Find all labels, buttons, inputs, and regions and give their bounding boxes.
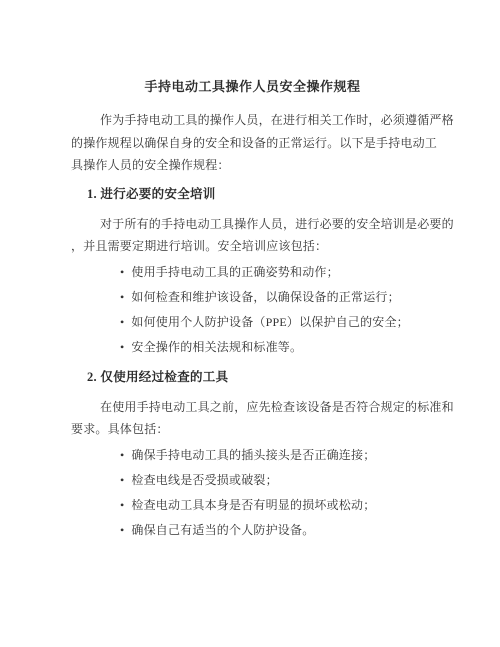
- bullet-icon: •: [120, 285, 124, 310]
- section: 1. 进行必要的安全培训对于所有的手持电动工具操作人员，进行必要的安全培训是必要…: [71, 187, 434, 360]
- bullet-item: •如何使用个人防护设备（PPE）以保护自己的安全；: [120, 310, 434, 335]
- paragraph-line: ，并且需要定期进行培训。安全培训应该包括：: [71, 235, 434, 258]
- bullet-text: 确保手持电动工具的插头接头是否正确连接；: [131, 443, 375, 468]
- section-heading: 1. 进行必要的安全培训: [87, 187, 434, 202]
- bullet-text: 如何检查和维护该设备，以确保设备的正常运行；: [131, 285, 399, 310]
- bullet-item: •检查电线是否受损或破裂；: [120, 468, 434, 493]
- bullet-text: 安全操作的相关法规和标准等。: [131, 335, 302, 360]
- bullet-item: •确保手持电动工具的插头接头是否正确连接；: [120, 443, 434, 468]
- bullet-text: 确保自己有适当的个人防护设备。: [131, 518, 314, 543]
- bullet-icon: •: [120, 468, 124, 493]
- bullet-icon: •: [120, 493, 124, 518]
- bullet-icon: •: [120, 443, 124, 468]
- section-paragraph: 在使用手持电动工具之前，应先检查该设备是否符合规定的标准和要求。具体包括：: [71, 396, 434, 441]
- bullet-item: •使用手持电动工具的正确姿势和动作；: [120, 260, 434, 285]
- section-paragraph: 对于所有的手持电动工具操作人员，进行必要的安全培训是必要的，并且需要定期进行培训…: [71, 213, 434, 258]
- bullet-item: •检查电动工具本身是否有明显的损坏或松动；: [120, 493, 434, 518]
- paragraph-line: 作为手持电动工具的操作人员，在进行相关工作时，必须遵循严格: [71, 109, 434, 132]
- bullet-icon: •: [120, 260, 124, 285]
- intro-paragraph: 作为手持电动工具的操作人员，在进行相关工作时，必须遵循严格的操作规程以确保自身的…: [71, 109, 434, 177]
- bullet-text: 如何使用个人防护设备（PPE）以保护自己的安全；: [131, 310, 408, 335]
- paragraph-line: 对于所有的手持电动工具操作人员，进行必要的安全培训是必要的: [71, 213, 434, 236]
- bullet-icon: •: [120, 335, 124, 360]
- bullet-list: •使用手持电动工具的正确姿势和动作；•如何检查和维护该设备，以确保设备的正常运行…: [71, 260, 434, 360]
- bullet-icon: •: [120, 518, 124, 543]
- bullet-item: •如何检查和维护该设备，以确保设备的正常运行；: [120, 285, 434, 310]
- paragraph-line: 在使用手持电动工具之前，应先检查该设备是否符合规定的标准和: [71, 396, 434, 419]
- bullet-text: 检查电动工具本身是否有明显的损坏或松动；: [131, 493, 375, 518]
- paragraph-line: 的操作规程以确保自身的安全和设备的正常运行。以下是手持电动工: [71, 132, 434, 155]
- section-heading: 2. 仅使用经过检查的工具: [87, 370, 434, 385]
- section: 2. 仅使用经过检查的工具在使用手持电动工具之前，应先检查该设备是否符合规定的标…: [71, 370, 434, 543]
- sections-container: 1. 进行必要的安全培训对于所有的手持电动工具操作人员，进行必要的安全培训是必要…: [71, 187, 434, 543]
- paragraph-line: 具操作人员的安全操作规程：: [71, 154, 434, 177]
- bullet-item: •安全操作的相关法规和标准等。: [120, 335, 434, 360]
- bullet-text: 使用手持电动工具的正确姿势和动作；: [131, 260, 338, 285]
- bullet-list: •确保手持电动工具的插头接头是否正确连接；•检查电线是否受损或破裂；•检查电动工…: [71, 443, 434, 543]
- bullet-icon: •: [120, 310, 124, 335]
- bullet-item: •确保自己有适当的个人防护设备。: [120, 518, 434, 543]
- bullet-text: 检查电线是否受损或破裂；: [131, 468, 277, 493]
- document-page: 手持电动工具操作人员安全操作规程 作为手持电动工具的操作人员，在进行相关工作时，…: [0, 0, 500, 647]
- paragraph-line: 要求。具体包括：: [71, 418, 434, 441]
- document-title: 手持电动工具操作人员安全操作规程: [71, 79, 434, 94]
